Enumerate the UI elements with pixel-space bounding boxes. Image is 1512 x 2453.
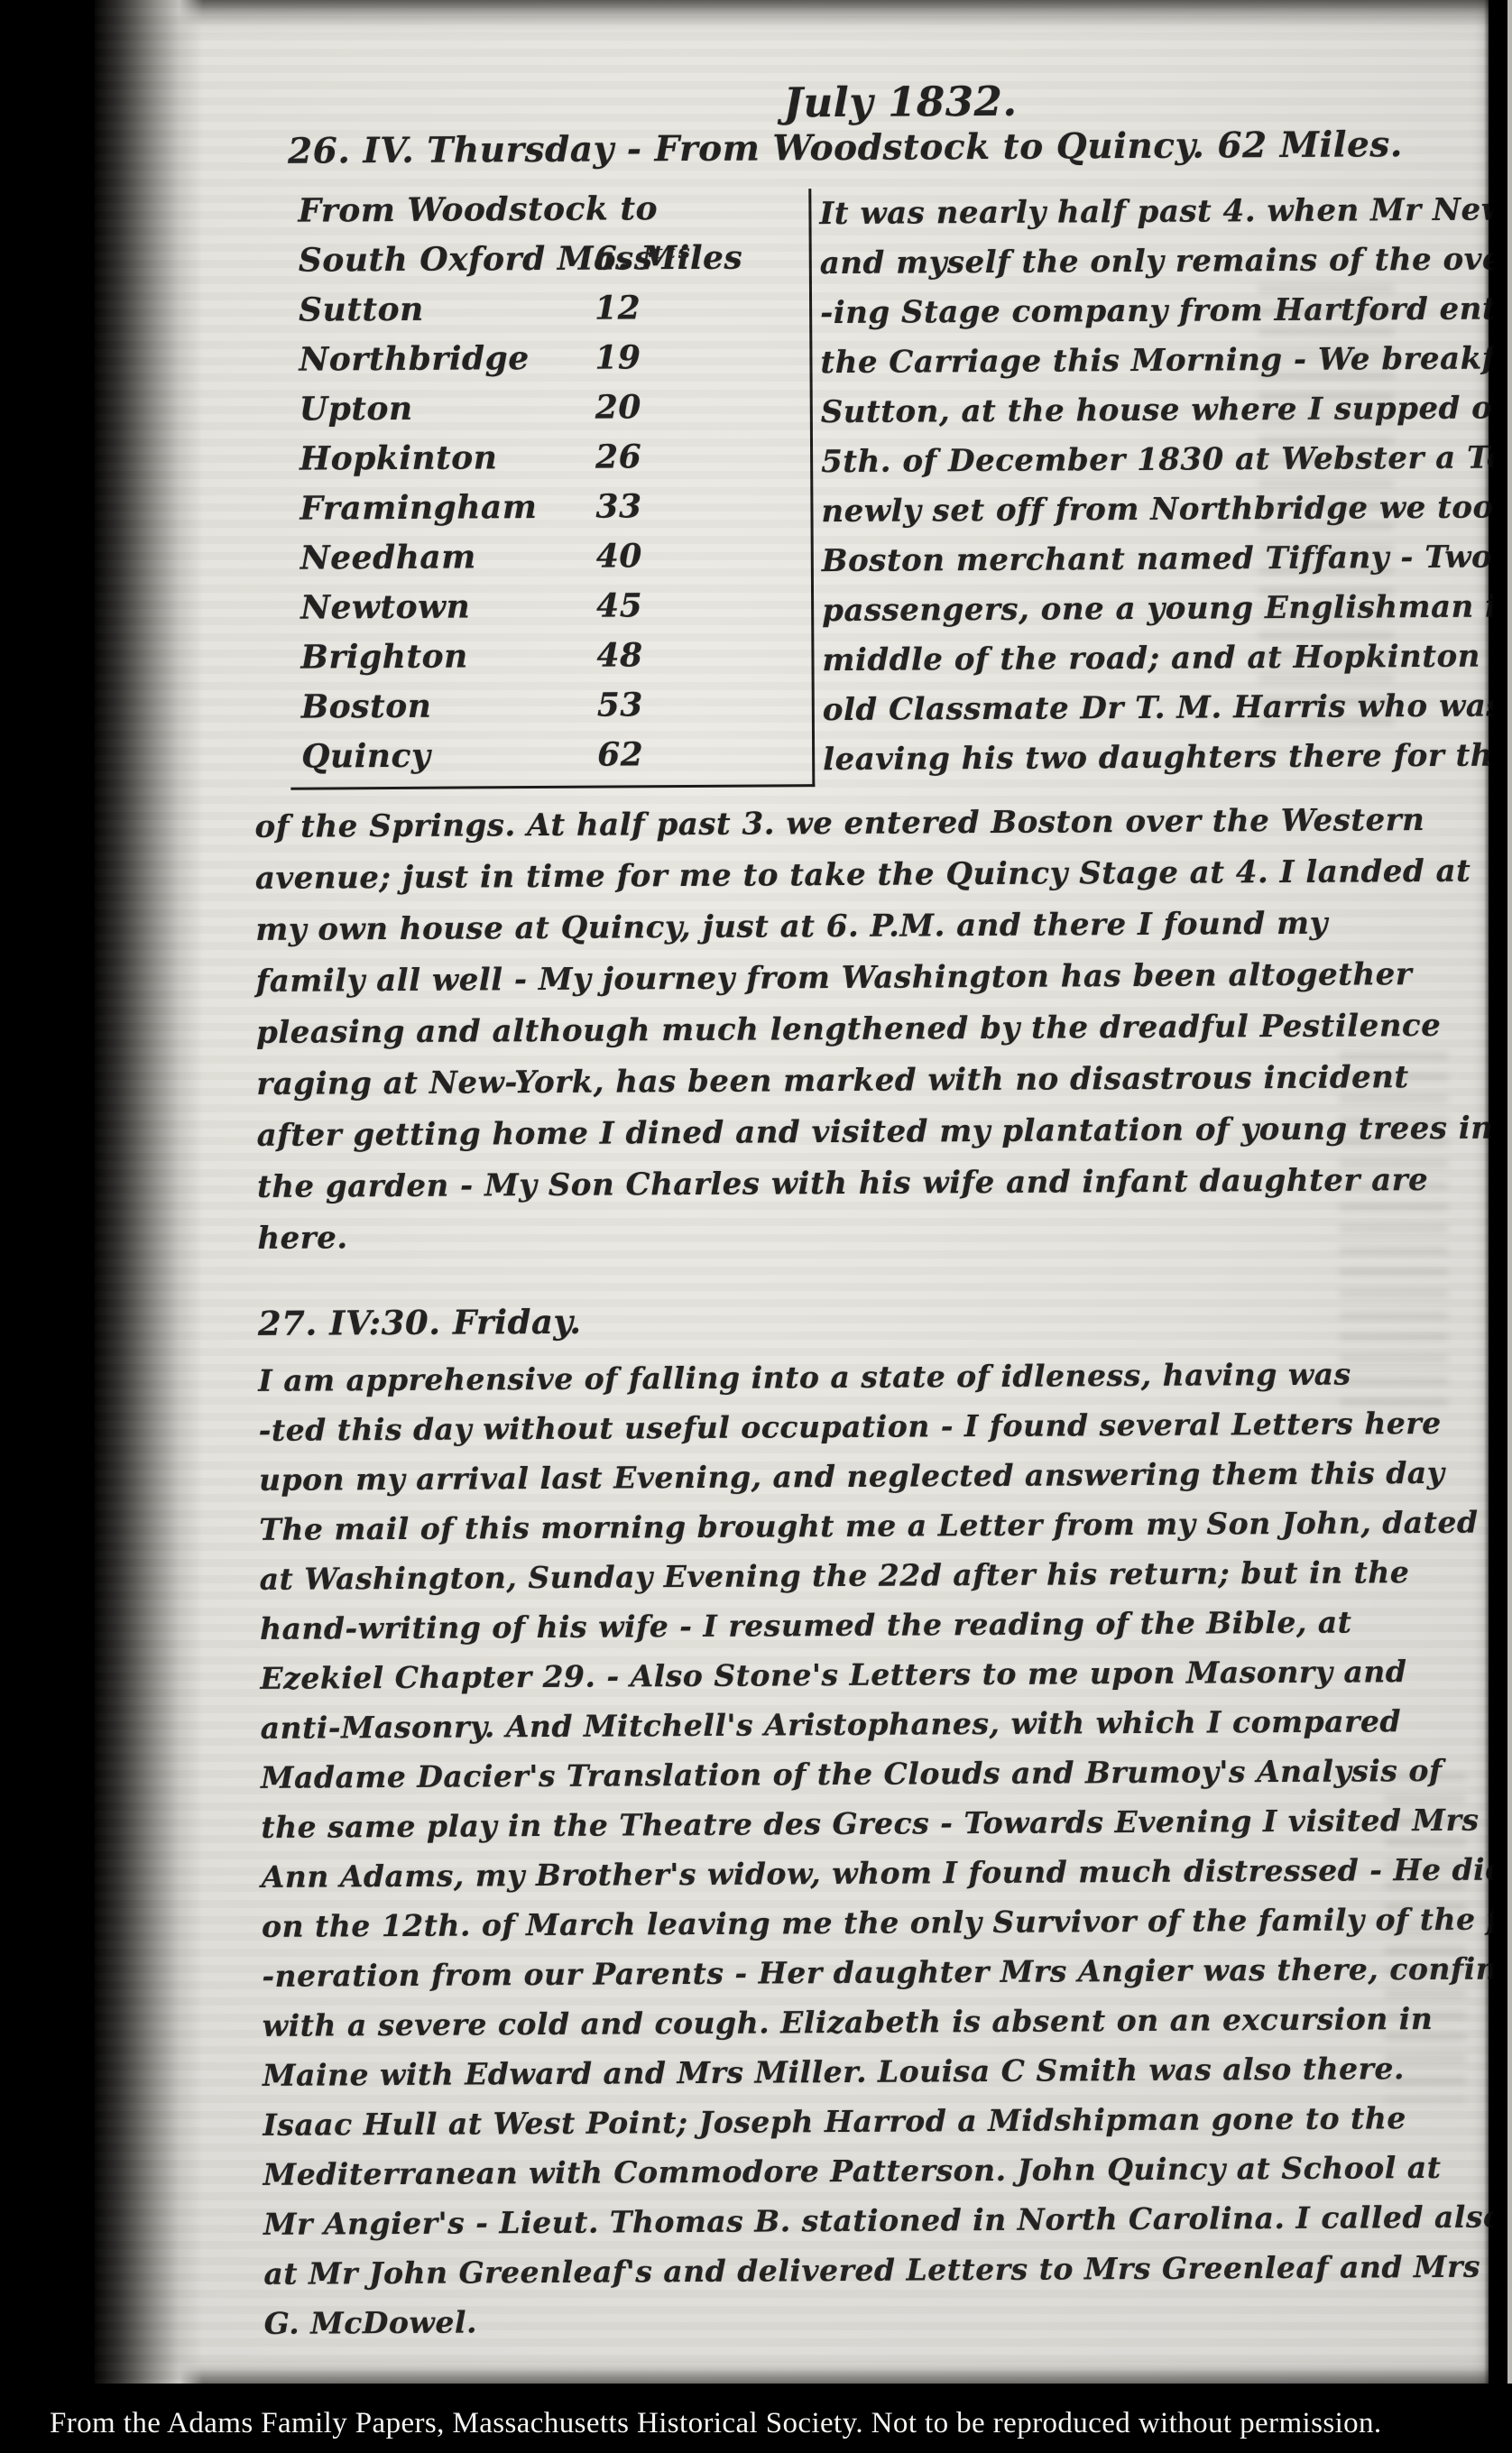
book-gutter-shadow: [1484, 0, 1507, 2384]
miles-value: 19: [595, 338, 641, 376]
mileage-table-row: Northbridge 19: [288, 337, 809, 391]
handwritten-line: Boston merchant named Tiffany - Two othe…: [822, 539, 1512, 593]
handwritten-line: Isaac Hull at West Point; Joseph Harrod …: [263, 2099, 1512, 2157]
handwritten-line: Mr Angier's - Lieut. Thomas B. stationed…: [263, 2199, 1512, 2256]
handwritten-line: Maine with Edward and Mrs Miller. Louisa…: [263, 2050, 1512, 2107]
handwritten-line: the same play in the Theatre des Grecs -…: [261, 1802, 1512, 1859]
scanned-diary-page: July 1832. 26. IV. Thursday - From Woods…: [0, 0, 1512, 2453]
mileage-table-caption: From Woodstock to: [287, 189, 808, 242]
mileage-table-row: South Oxford Massᵗᵗˢ 6. Miles: [288, 238, 809, 291]
mileage-table-row: Framingham 33: [289, 486, 810, 539]
mileage-table-row: Newtown 45: [290, 586, 811, 639]
handwritten-line: on the 12th. of March leaving me the onl…: [262, 1901, 1512, 1959]
handwritten-line: The mail of this morning brought me a Le…: [259, 1504, 1512, 1562]
miles-value: 20: [595, 388, 641, 426]
handwritten-line: middle of the road; and at Hopkinton my: [822, 638, 1512, 692]
mileage-table-row: Sutton 12: [288, 288, 809, 341]
miles-value: 26: [595, 438, 641, 475]
mileage-table-rows: South Oxford Massᵗᵗˢ 6. Miles Sutton 12 …: [288, 238, 813, 788]
miles-value: 48: [596, 636, 642, 674]
manuscript-paper: July 1832. 26. IV. Thursday - From Woods…: [95, 0, 1489, 2384]
handwritten-line: -neration from our Parents - Her daughte…: [262, 1950, 1512, 2008]
place-name: Newtown: [300, 587, 470, 626]
handwritten-line: Ezekiel Chapter 29. - Also Stone's Lette…: [260, 1653, 1512, 1711]
entry2-body-text: I am apprehensive of falling into a stat…: [258, 1355, 1512, 2356]
entry1-column-text: It was nearly half past 4. when Mr Newel…: [819, 191, 1512, 791]
mileage-table-row: Boston 53: [290, 685, 812, 738]
place-name: Hopkinton: [300, 438, 498, 477]
handwritten-line: Mediterranean with Commodore Patterson. …: [263, 2149, 1512, 2207]
entry1-body-text: of the Springs. At half past 3. we enter…: [254, 801, 1512, 1272]
place-name: Framingham: [300, 488, 537, 528]
handwritten-line: the garden - My Son Charles with his wif…: [257, 1161, 1512, 1221]
entry-heading-july-26: 26. IV. Thursday - From Woodstock to Qui…: [288, 124, 1403, 172]
handwritten-line: Ann Adams, my Brother's widow, whom I fo…: [262, 1851, 1512, 1909]
place-name: Upton: [300, 390, 413, 429]
miles-value: 62: [597, 735, 643, 773]
handwritten-line: after getting home I dined and visited m…: [257, 1110, 1512, 1169]
handwritten-line: pleasing and although much lengthened by…: [256, 1007, 1512, 1066]
miles-value: 12: [595, 289, 641, 327]
mileage-table-row: Brighton 48: [290, 635, 811, 688]
place-name: Northbridge: [299, 339, 530, 379]
handwritten-line: newly set off from Northbridge we took i…: [821, 489, 1512, 543]
mileage-table-row: Hopkinton 26: [289, 437, 810, 490]
ink-bleedthrough-smudge: [1340, 1037, 1448, 1416]
archive-credit-line: From the Adams Family Papers, Massachuse…: [50, 2407, 1475, 2440]
handwritten-line: old Classmate Dr T. M. Harris who was: [823, 687, 1512, 742]
mileage-table-row: Quincy 62: [290, 734, 812, 788]
miles-value: 33: [595, 487, 641, 525]
page-deckle-edge: [95, 0, 203, 2384]
handwritten-line: at Washington, Sunday Evening the 22d af…: [260, 1554, 1512, 1611]
miles-value: 40: [596, 537, 642, 575]
place-name: Quincy: [301, 737, 430, 776]
facing-page-sliver: [1507, 0, 1512, 2384]
handwritten-line: I am apprehensive of falling into a stat…: [258, 1355, 1512, 1413]
ink-bleedthrough-smudge: [1258, 271, 1394, 740]
handwritten-line: family all well - My journey from Washin…: [256, 955, 1512, 1015]
handwritten-line: raging at New-York, has been marked with…: [256, 1058, 1512, 1118]
miles-value: 53: [597, 686, 643, 724]
ink-bleedthrough-smudge: [1385, 1759, 1466, 2102]
handwritten-line: It was nearly half past 4. when Mr Newel…: [819, 191, 1512, 245]
place-name: Boston: [301, 687, 432, 726]
handwritten-line: the Carriage this Morning - We breakfast…: [820, 340, 1512, 394]
handwritten-line: leaving his two daughters there for the …: [823, 737, 1512, 791]
place-name: Brighton: [300, 637, 467, 676]
handwritten-line: here.: [257, 1213, 1512, 1272]
mileage-table: From Woodstock to South Oxford Massᵗᵗˢ 6…: [287, 189, 815, 790]
handwritten-line: passengers, one a young Englishman in th…: [822, 588, 1512, 642]
place-name: Sutton: [299, 290, 424, 329]
handwritten-line: avenue; just in time for me to take the …: [255, 853, 1512, 912]
miles-value: 6. Miles: [595, 239, 743, 278]
handwritten-line: at Mr John Greenleaf's and delivered Let…: [263, 2248, 1512, 2306]
handwritten-line: -ing Stage company from Hartford entered: [820, 290, 1512, 345]
handwritten-line: anti-Masonry. And Mitchell's Aristophane…: [261, 1702, 1512, 1760]
handwritten-line: and myself the only remains of the overf…: [820, 241, 1512, 295]
handwritten-line: hand-writing of his wife - I resumed the…: [260, 1603, 1512, 1661]
handwritten-line: my own house at Quincy, just at 6. P.M. …: [255, 904, 1512, 964]
handwritten-line: 5th. of December 1830 at Webster a Town: [821, 439, 1512, 493]
mileage-table-row: Upton 20: [289, 387, 810, 440]
entry-heading-july-27: 27. IV:30. Friday.: [258, 1302, 582, 1343]
month-year-heading: July 1832.: [784, 78, 1018, 127]
handwritten-line: of the Springs. At half past 3. we enter…: [254, 801, 1512, 861]
handwritten-line: upon my arrival last Evening, and neglec…: [259, 1454, 1512, 1512]
place-name: Needham: [300, 538, 476, 576]
handwritten-line: with a severe cold and cough. Elizabeth …: [263, 2000, 1512, 2058]
handwritten-line: -ted this day without useful occupation …: [259, 1405, 1512, 1462]
mileage-table-row: Needham 40: [290, 536, 811, 589]
handwritten-line: Madame Dacier's Translation of the Cloud…: [261, 1752, 1512, 1810]
handwritten-line: Sutton, at the house where I supped on t…: [821, 390, 1512, 444]
handwritten-line: G. McDowel.: [264, 2298, 1512, 2356]
miles-value: 45: [596, 586, 642, 624]
